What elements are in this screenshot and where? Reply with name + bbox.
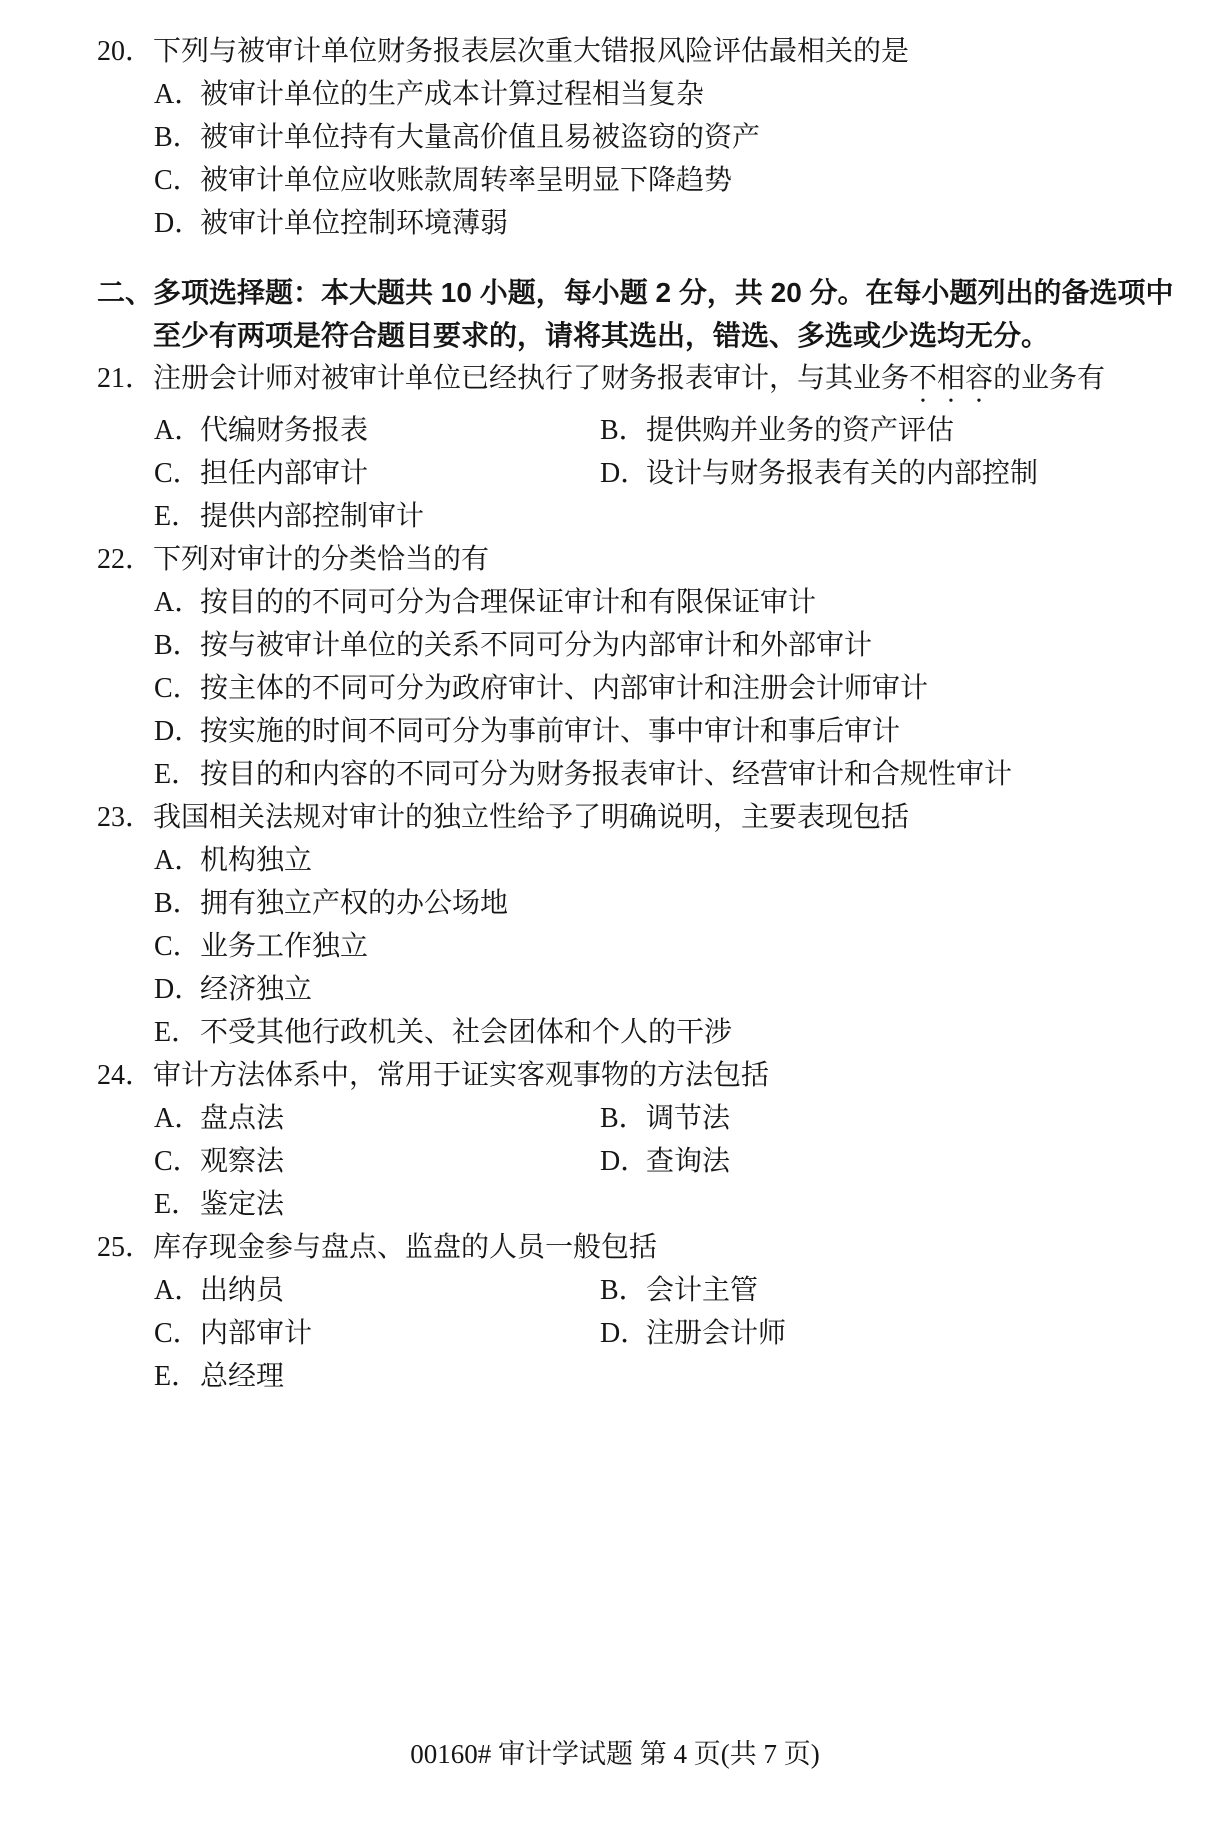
section-2-instructions-line1: 多项选择题：本大题共 10 小题，每小题 2 分，共 20 分。在每小题列出的备… xyxy=(153,271,1190,314)
option-21-e-text: 提供内部控制审计 xyxy=(200,501,424,532)
question-25: 25．库存现金参与盘点、监盘的人员一般包括 A．出纳员 B．会计主管 C．内部审… xyxy=(97,1226,1190,1398)
option-21-b-text: 提供购并业务的资产评估 xyxy=(646,415,954,446)
option-23-b: B．拥有独立产权的办公场地 xyxy=(154,882,1190,925)
option-25-a-label: A． xyxy=(154,1269,200,1312)
question-20-text: 下列与被审计单位财务报表层次重大错报风险评估最相关的是 xyxy=(153,36,909,67)
question-21-stem: 21．注册会计师对被审计单位已经执行了财务报表审计，与其业务不相容的业务有 xyxy=(97,357,1190,409)
option-25-e-text: 总经理 xyxy=(200,1361,284,1392)
question-21-number: 21． xyxy=(97,357,153,400)
option-22-c-label: C． xyxy=(154,667,200,710)
option-22-b-text: 按与被审计单位的关系不同可分为内部审计和外部审计 xyxy=(200,630,872,661)
option-24-e-text: 鉴定法 xyxy=(200,1189,284,1220)
option-22-e: E．按目的和内容的不同可分为财务报表审计、经营审计和合规性审计 xyxy=(154,753,1190,796)
question-24: 24．审计方法体系中，常用于证实客观事物的方法包括 A．盘点法 B．调节法 C．… xyxy=(97,1054,1190,1226)
question-24-option-row-2: C．观察法 D．查询法 xyxy=(154,1140,1190,1183)
question-23-text: 我国相关法规对审计的独立性给予了明确说明，主要表现包括 xyxy=(153,802,909,833)
option-21-c-label: C． xyxy=(154,452,200,495)
question-24-stem: 24．审计方法体系中，常用于证实客观事物的方法包括 xyxy=(97,1054,1190,1097)
page-footer: 00160# 审计学试题 第 4 页(共 7 页) xyxy=(0,1733,1230,1776)
question-20: 20．下列与被审计单位财务报表层次重大错报风险评估最相关的是 A．被审计单位的生… xyxy=(97,30,1190,245)
option-25-d: D．注册会计师 xyxy=(600,1312,1190,1355)
option-22-c: C．按主体的不同可分为政府审计、内部审计和注册会计师审计 xyxy=(154,667,1190,710)
option-22-a-text: 按目的的不同可分为合理保证审计和有限保证审计 xyxy=(200,587,816,618)
section-2-heading: 二、 多项选择题：本大题共 10 小题，每小题 2 分，共 20 分。在每小题列… xyxy=(97,271,1190,357)
option-21-d-label: D． xyxy=(600,452,646,495)
option-20-b: B．被审计单位持有大量高价值且易被盗窃的资产 xyxy=(154,116,1190,159)
option-24-d-text: 查询法 xyxy=(646,1146,730,1177)
question-25-options: A．出纳员 B．会计主管 C．内部审计 D．注册会计师 E．总经理 xyxy=(154,1269,1190,1398)
option-25-b-label: B． xyxy=(600,1269,646,1312)
option-24-d-label: D． xyxy=(600,1140,646,1183)
question-24-number: 24． xyxy=(97,1054,153,1097)
option-21-d-text: 设计与财务报表有关的内部控制 xyxy=(646,458,1038,489)
question-21: 21．注册会计师对被审计单位已经执行了财务报表审计，与其业务不相容的业务有 A．… xyxy=(97,357,1190,538)
option-23-e: E．不受其他行政机关、社会团体和个人的干涉 xyxy=(154,1011,1190,1054)
question-21-text-emphasized: 不相容 xyxy=(909,363,993,394)
question-21-options: A．代编财务报表 B．提供购并业务的资产评估 C．担任内部审计 D．设计与财务报… xyxy=(154,409,1190,538)
question-25-number: 25． xyxy=(97,1226,153,1269)
option-23-b-text: 拥有独立产权的办公场地 xyxy=(200,888,508,919)
option-24-c-text: 观察法 xyxy=(200,1146,284,1177)
question-21-text-post: 的业务有 xyxy=(993,363,1105,394)
option-25-b: B．会计主管 xyxy=(600,1269,1190,1312)
question-22-number: 22． xyxy=(97,538,153,581)
option-21-a-text: 代编财务报表 xyxy=(200,415,368,446)
option-25-d-text: 注册会计师 xyxy=(646,1318,786,1349)
option-24-b: B．调节法 xyxy=(600,1097,1190,1140)
option-21-e-label: E． xyxy=(154,495,200,538)
question-22-text: 下列对审计的分类恰当的有 xyxy=(153,544,489,575)
option-21-c: C．担任内部审计 xyxy=(154,452,600,495)
exam-content: 20．下列与被审计单位财务报表层次重大错报风险评估最相关的是 A．被审计单位的生… xyxy=(0,0,1230,1398)
option-25-b-text: 会计主管 xyxy=(646,1275,758,1306)
option-24-c: C．观察法 xyxy=(154,1140,600,1183)
question-21-option-row-1: A．代编财务报表 B．提供购并业务的资产评估 xyxy=(154,409,1190,452)
option-21-d: D．设计与财务报表有关的内部控制 xyxy=(600,452,1190,495)
option-21-e: E．提供内部控制审计 xyxy=(154,495,1190,538)
option-22-d: D．按实施的时间不同可分为事前审计、事中审计和事后审计 xyxy=(154,710,1190,753)
option-23-a: A．机构独立 xyxy=(154,839,1190,882)
option-22-d-text: 按实施的时间不同可分为事前审计、事中审计和事后审计 xyxy=(200,716,900,747)
option-21-c-text: 担任内部审计 xyxy=(200,458,368,489)
option-24-d: D．查询法 xyxy=(600,1140,1190,1183)
section-2-instructions-line2: 至少有两项是符合题目要求的，请将其选出，错选、多选或少选均无分。 xyxy=(153,314,1190,357)
question-21-option-row-2: C．担任内部审计 D．设计与财务报表有关的内部控制 xyxy=(154,452,1190,495)
question-25-option-row-1: A．出纳员 B．会计主管 xyxy=(154,1269,1190,1312)
option-22-b-label: B． xyxy=(154,624,200,667)
option-24-e: E．鉴定法 xyxy=(154,1183,1190,1226)
option-25-c: C．内部审计 xyxy=(154,1312,600,1355)
option-22-e-text: 按目的和内容的不同可分为财务报表审计、经营审计和合规性审计 xyxy=(200,759,1012,790)
option-20-d: D．被审计单位控制环境薄弱 xyxy=(154,202,1190,245)
option-24-b-text: 调节法 xyxy=(646,1103,730,1134)
option-23-e-label: E． xyxy=(154,1011,200,1054)
option-24-a-label: A． xyxy=(154,1097,200,1140)
option-23-d-text: 经济独立 xyxy=(200,974,312,1005)
section-2-instructions: 多项选择题：本大题共 10 小题，每小题 2 分，共 20 分。在每小题列出的备… xyxy=(153,271,1190,357)
option-23-d-label: D． xyxy=(154,968,200,1011)
option-23-d: D．经济独立 xyxy=(154,968,1190,1011)
option-23-a-text: 机构独立 xyxy=(200,845,312,876)
option-20-c-label: C． xyxy=(154,159,200,202)
option-25-c-label: C． xyxy=(154,1312,200,1355)
question-20-number: 20． xyxy=(97,30,153,73)
option-23-e-text: 不受其他行政机关、社会团体和个人的干涉 xyxy=(200,1017,732,1048)
question-23: 23．我国相关法规对审计的独立性给予了明确说明，主要表现包括 A．机构独立 B．… xyxy=(97,796,1190,1054)
option-24-b-label: B． xyxy=(600,1097,646,1140)
option-20-a: A．被审计单位的生产成本计算过程相当复杂 xyxy=(154,73,1190,116)
option-23-b-label: B． xyxy=(154,882,200,925)
option-25-a-text: 出纳员 xyxy=(200,1275,284,1306)
option-22-e-label: E． xyxy=(154,753,200,796)
option-25-e: E．总经理 xyxy=(154,1355,1190,1398)
option-22-b: B．按与被审计单位的关系不同可分为内部审计和外部审计 xyxy=(154,624,1190,667)
option-20-a-text: 被审计单位的生产成本计算过程相当复杂 xyxy=(200,79,704,110)
option-24-e-label: E． xyxy=(154,1183,200,1226)
question-23-options: A．机构独立 B．拥有独立产权的办公场地 C．业务工作独立 D．经济独立 E．不… xyxy=(154,839,1190,1054)
question-20-stem: 20．下列与被审计单位财务报表层次重大错报风险评估最相关的是 xyxy=(97,30,1190,73)
option-22-c-text: 按主体的不同可分为政府审计、内部审计和注册会计师审计 xyxy=(200,673,928,704)
option-21-b-label: B． xyxy=(600,409,646,452)
option-23-a-label: A． xyxy=(154,839,200,882)
option-24-a: A．盘点法 xyxy=(154,1097,600,1140)
option-20-b-label: B． xyxy=(154,116,200,159)
option-20-b-text: 被审计单位持有大量高价值且易被盗窃的资产 xyxy=(200,122,760,153)
question-22-stem: 22．下列对审计的分类恰当的有 xyxy=(97,538,1190,581)
section-2-number: 二、 xyxy=(97,271,153,314)
option-25-d-label: D． xyxy=(600,1312,646,1355)
option-20-a-label: A． xyxy=(154,73,200,116)
question-24-options: A．盘点法 B．调节法 C．观察法 D．查询法 E．鉴定法 xyxy=(154,1097,1190,1226)
question-20-options: A．被审计单位的生产成本计算过程相当复杂 B．被审计单位持有大量高价值且易被盗窃… xyxy=(154,73,1190,245)
option-22-a: A．按目的的不同可分为合理保证审计和有限保证审计 xyxy=(154,581,1190,624)
option-23-c-text: 业务工作独立 xyxy=(200,931,368,962)
option-21-b: B．提供购并业务的资产评估 xyxy=(600,409,1190,452)
option-25-e-label: E． xyxy=(154,1355,200,1398)
option-24-a-text: 盘点法 xyxy=(200,1103,284,1134)
question-23-number: 23． xyxy=(97,796,153,839)
question-24-text: 审计方法体系中，常用于证实客观事物的方法包括 xyxy=(153,1060,769,1091)
option-23-c-label: C． xyxy=(154,925,200,968)
option-21-a-label: A． xyxy=(154,409,200,452)
exam-page: 20．下列与被审计单位财务报表层次重大错报风险评估最相关的是 A．被审计单位的生… xyxy=(0,0,1230,1835)
option-23-c: C．业务工作独立 xyxy=(154,925,1190,968)
question-21-text-pre: 注册会计师对被审计单位已经执行了财务报表审计，与其业务 xyxy=(153,363,909,394)
question-22: 22．下列对审计的分类恰当的有 A．按目的的不同可分为合理保证审计和有限保证审计… xyxy=(97,538,1190,796)
question-22-options: A．按目的的不同可分为合理保证审计和有限保证审计 B．按与被审计单位的关系不同可… xyxy=(154,581,1190,796)
question-25-stem: 25．库存现金参与盘点、监盘的人员一般包括 xyxy=(97,1226,1190,1269)
option-20-d-text: 被审计单位控制环境薄弱 xyxy=(200,208,508,239)
question-25-option-row-2: C．内部审计 D．注册会计师 xyxy=(154,1312,1190,1355)
option-25-c-text: 内部审计 xyxy=(200,1318,312,1349)
option-22-d-label: D． xyxy=(154,710,200,753)
option-22-a-label: A． xyxy=(154,581,200,624)
question-24-option-row-1: A．盘点法 B．调节法 xyxy=(154,1097,1190,1140)
option-20-c: C．被审计单位应收账款周转率呈明显下降趋势 xyxy=(154,159,1190,202)
question-23-stem: 23．我国相关法规对审计的独立性给予了明确说明，主要表现包括 xyxy=(97,796,1190,839)
option-20-c-text: 被审计单位应收账款周转率呈明显下降趋势 xyxy=(200,165,732,196)
option-20-d-label: D． xyxy=(154,202,200,245)
option-21-a: A．代编财务报表 xyxy=(154,409,600,452)
option-25-a: A．出纳员 xyxy=(154,1269,600,1312)
option-24-c-label: C． xyxy=(154,1140,200,1183)
question-25-text: 库存现金参与盘点、监盘的人员一般包括 xyxy=(153,1232,657,1263)
